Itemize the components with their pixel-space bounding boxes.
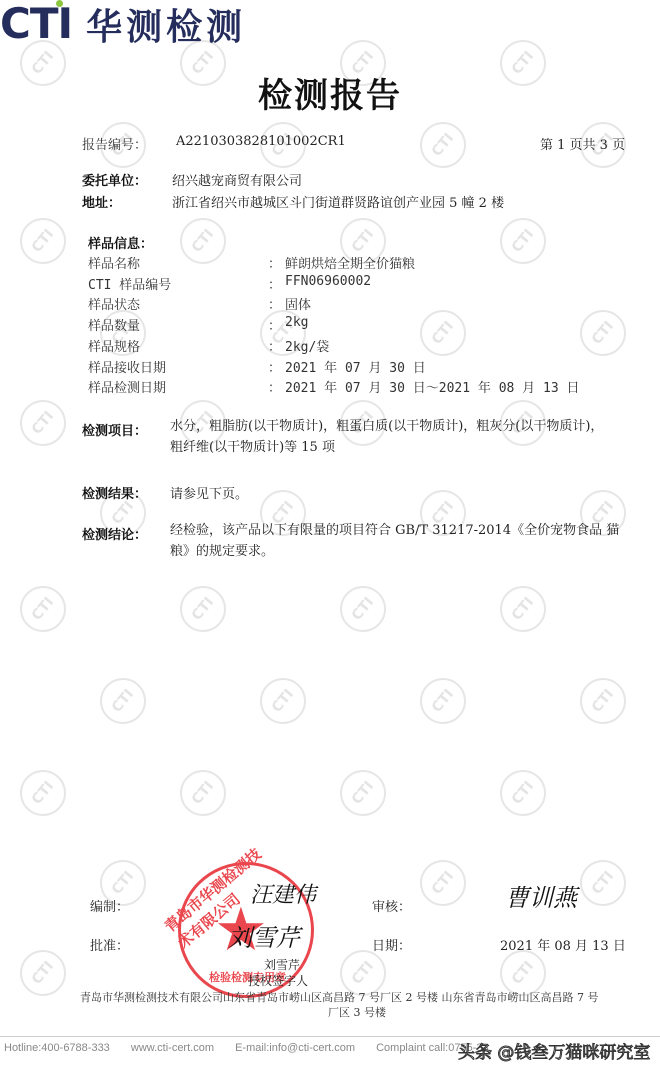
- cti-watermark-icon: CTI: [171, 761, 236, 826]
- conclusion-text: 经检验，该产品以下有限量的项目符合 GB/T 31217-2014《全价宠物食品…: [170, 520, 640, 562]
- cti-watermark-icon: CTI: [571, 851, 636, 916]
- cti-watermark-icon: CTI: [11, 577, 76, 642]
- footer-divider: [0, 1036, 660, 1037]
- address-label: 地址：: [82, 192, 121, 211]
- test-items-label: 检测项目：: [82, 420, 147, 439]
- sample-field-value: FFN06960002: [285, 274, 371, 289]
- sample-field-label: 样品检测日期: [88, 377, 166, 396]
- signer-title: 授权签字人: [248, 972, 308, 989]
- sample-info-heading: 样品信息：: [88, 233, 153, 252]
- test-items-text: 水分，粗脂肪(以干物质计)，粗蛋白质(以干物质计)，粗灰分(以干物质计)， 粗纤…: [170, 416, 640, 458]
- logo-latin: CTI: [0, 4, 72, 44]
- company-address-line2: 厂区 3 号楼: [328, 1004, 386, 1020]
- cti-watermark-icon: CTI: [491, 209, 556, 274]
- approval-date: 2021 年 08 月 13 日: [500, 935, 626, 954]
- sample-field-label: 样品数量: [88, 315, 140, 334]
- conclusion-label: 检测结论：: [82, 524, 147, 543]
- reviewer-signature: 曹训燕: [505, 878, 577, 913]
- prepared-by-label: 编制：: [90, 896, 129, 915]
- sample-field-label: 样品状态: [88, 294, 140, 313]
- cti-watermark-icon: CTI: [11, 391, 76, 456]
- sample-field-label: 样品规格: [88, 336, 140, 355]
- footer-website: www.cti-cert.com: [131, 1042, 214, 1054]
- sample-field-label: CTI 样品编号: [88, 274, 171, 293]
- date-label: 日期：: [372, 935, 411, 954]
- test-items-line: 粗纤维(以干物质计)等 15 项: [170, 437, 640, 458]
- sample-field-label: 样品接收日期: [88, 357, 166, 376]
- test-result-label: 检测结果：: [82, 483, 147, 502]
- sample-field-label: 样品名称: [88, 253, 140, 272]
- footer-hotline: Hotline:400-6788-333: [4, 1042, 110, 1054]
- logo-chinese: 华测检测: [86, 0, 246, 50]
- sample-field-value: 2kg: [285, 315, 308, 330]
- cti-watermark-icon: CTI: [411, 113, 476, 178]
- prepared-by-signature: 汪建伟: [250, 878, 316, 909]
- cti-watermark-icon: CTI: [571, 669, 636, 734]
- sample-field-separator: ：: [268, 377, 281, 396]
- sample-field-separator: ：: [268, 357, 281, 376]
- cti-watermark-icon: CTI: [11, 941, 76, 1006]
- cti-watermark-icon: CTI: [251, 669, 316, 734]
- client-address: 浙江省绍兴市越城区斗门街道群贤路谊创产业园 5 幢 2 楼: [172, 192, 504, 211]
- test-result-text: 请参见下页。: [170, 483, 248, 502]
- test-items-line: 水分，粗脂肪(以干物质计)，粗蛋白质(以干物质计)，粗灰分(以干物质计)，: [170, 416, 640, 437]
- page-info: 第 1 页共 3 页: [540, 134, 625, 153]
- footer-contacts: Hotline:400-6788-333 www.cti-cert.com E-…: [4, 1042, 507, 1054]
- sample-field-value: 固体: [285, 294, 311, 313]
- logo-dot-icon: [56, 0, 63, 7]
- sample-field-value: 2021 年 07 月 30 日～2021 年 08 月 13 日: [285, 377, 580, 396]
- report-no: A2210303828101002CR1: [176, 134, 346, 149]
- report-no-label: 报告编号：: [82, 134, 147, 153]
- cti-watermark-icon: CTI: [171, 209, 236, 274]
- sample-field-separator: ：: [268, 274, 281, 293]
- footer-email: E-mail:info@cti-cert.com: [235, 1042, 355, 1054]
- company-address-line1: 青岛市华测检测技术有限公司山东省青岛市崂山区高昌路 7 号厂区 2 号楼 山东省…: [80, 989, 598, 1005]
- cti-watermark-icon: CTI: [491, 761, 556, 826]
- sample-field-value: 2kg/袋: [285, 336, 329, 355]
- cti-watermark-icon: CTI: [11, 209, 76, 274]
- cti-watermark-icon: CTI: [171, 577, 236, 642]
- conclusion-line: 粮》的规定要求。: [170, 541, 640, 562]
- cti-watermark-icon: CTI: [331, 761, 396, 826]
- cti-watermark-icon: CTI: [411, 669, 476, 734]
- conclusion-line: 经检验，该产品以下有限量的项目符合 GB/T 31217-2014《全价宠物食品…: [170, 520, 640, 541]
- sample-field-separator: ：: [268, 253, 281, 272]
- cti-watermark-icon: CTI: [331, 577, 396, 642]
- client-label: 委托单位：: [82, 170, 147, 189]
- cti-watermark-icon: CTI: [11, 761, 76, 826]
- cti-logo: CTI 华测检测: [0, 4, 246, 44]
- cti-watermark-icon: CTI: [491, 577, 556, 642]
- approved-by-label: 批准：: [90, 935, 129, 954]
- reviewer-label: 审核：: [372, 896, 411, 915]
- sample-field-value: 2021 年 07 月 30 日: [285, 357, 426, 376]
- cti-watermark-icon: CTI: [91, 669, 156, 734]
- sample-field-separator: ：: [268, 336, 281, 355]
- sample-field-separator: ：: [268, 315, 281, 334]
- approved-by-signature: 刘雪芹: [228, 918, 300, 953]
- client-name: 绍兴越宠商贸有限公司: [172, 170, 302, 189]
- cti-watermark-icon: CTI: [411, 301, 476, 366]
- cti-watermark-icon: CTI: [571, 301, 636, 366]
- signer-name: 刘雪芹: [264, 956, 300, 973]
- report-title: 检测报告: [0, 68, 660, 117]
- sample-field-separator: ：: [268, 294, 281, 313]
- cti-watermark-icon: CTI: [411, 851, 476, 916]
- source-watermark-text: 头条 @钱叁万猫咪研究室: [458, 1038, 650, 1063]
- sample-field-value: 鲜朗烘焙全期全价猫粮: [285, 253, 415, 272]
